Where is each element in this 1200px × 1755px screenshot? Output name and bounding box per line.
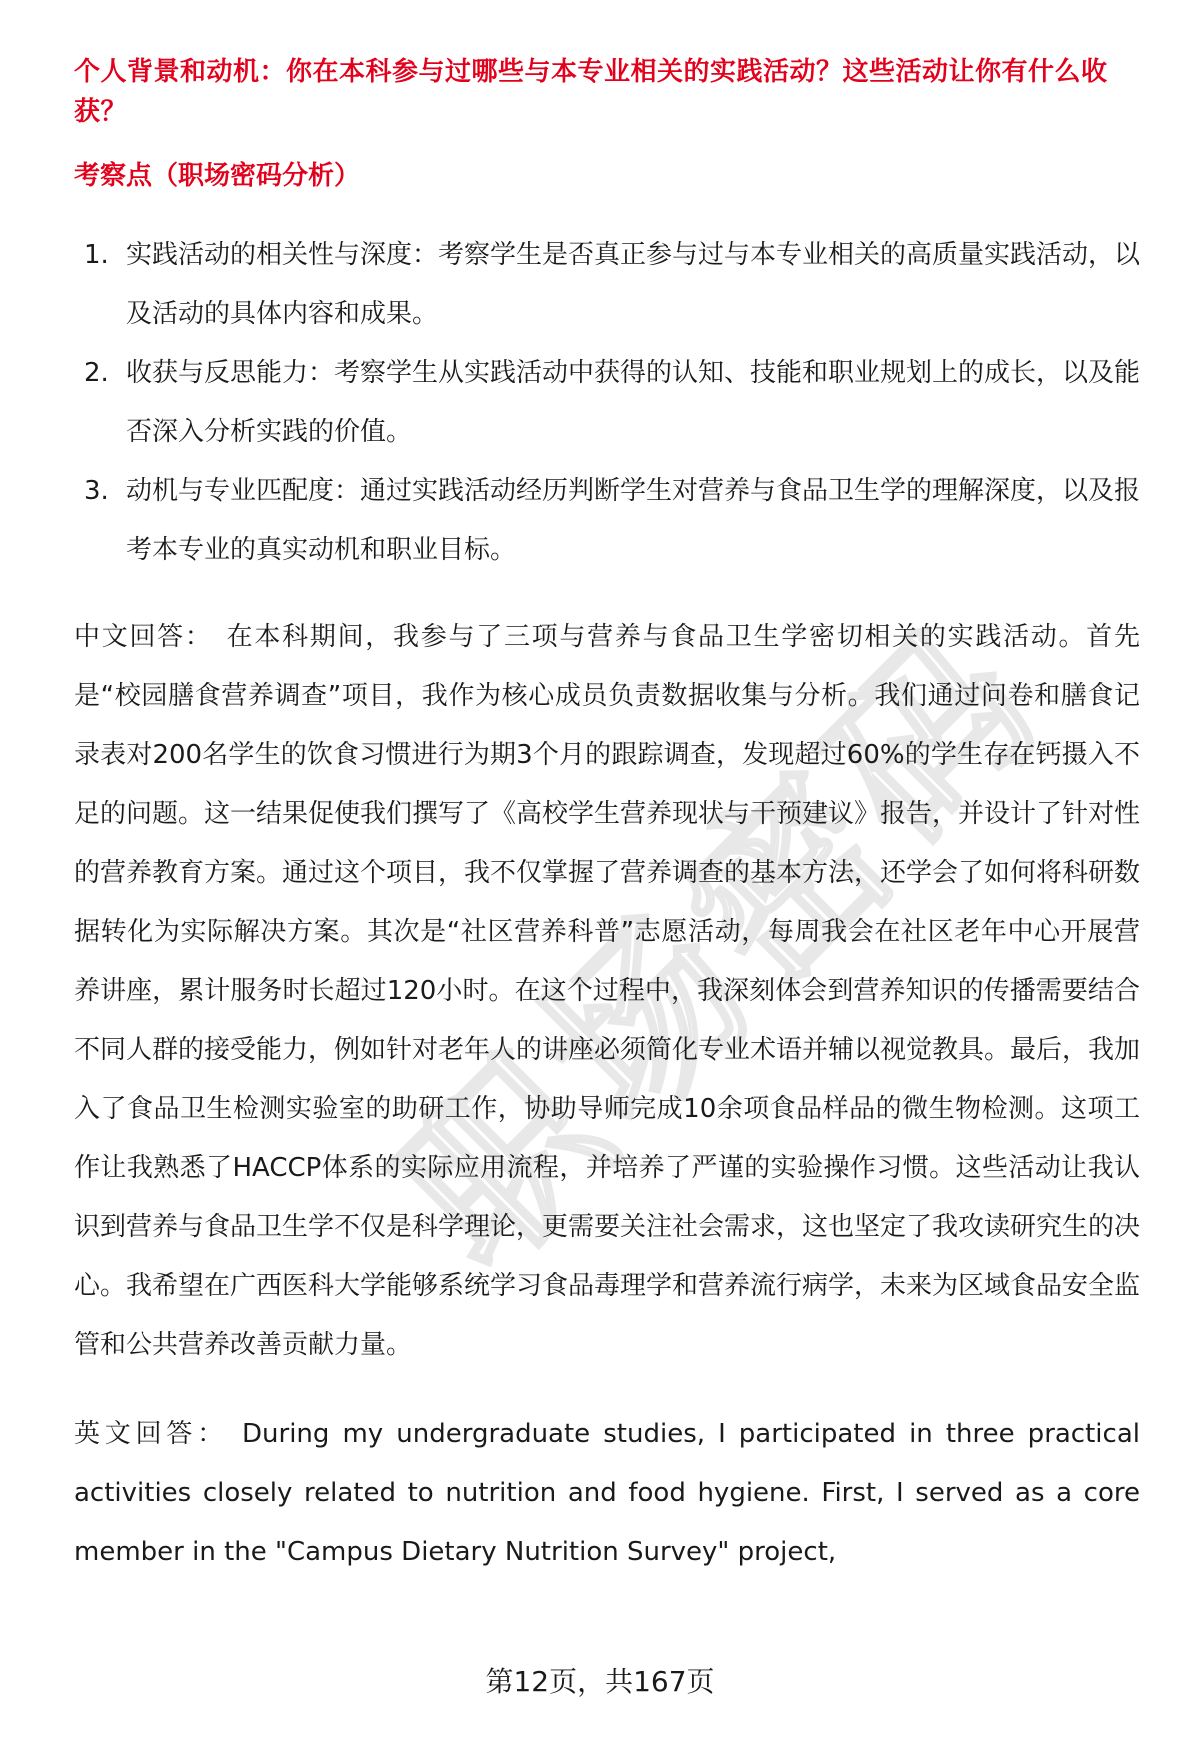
analysis-point: 3. 动机与专业匹配度：通过实践活动经历判断学生对营养与食品卫生学的理解深度，以… <box>74 462 1140 580</box>
english-answer-label: 英文回答： <box>74 1419 228 1449</box>
analysis-heading: 考察点（职场密码分析） <box>74 156 1140 196</box>
point-text: 动机与专业匹配度：通过实践活动经历判断学生对营养与食品卫生学的理解深度，以及报考… <box>126 462 1140 580</box>
english-answer-text: During my undergraduate studies, I parti… <box>74 1419 1140 1567</box>
point-number: 2. <box>74 344 126 462</box>
point-text: 收获与反思能力：考察学生从实践活动中获得的认知、技能和职业规划上的成长，以及能否… <box>126 344 1140 462</box>
analysis-point: 1. 实践活动的相关性与深度：考察学生是否真正参与过与本专业相关的高质量实践活动… <box>74 226 1140 344</box>
point-number: 3. <box>74 462 126 580</box>
page-indicator: 第12页，共167页 <box>0 1662 1200 1702</box>
document-page: 个人背景和动机：你在本科参与过哪些与本专业相关的实践活动？这些活动让你有什么收获… <box>0 0 1200 1582</box>
analysis-points-list: 1. 实践活动的相关性与深度：考察学生是否真正参与过与本专业相关的高质量实践活动… <box>74 226 1140 580</box>
chinese-answer-label: 中文回答： <box>74 622 213 652</box>
chinese-answer: 中文回答：在本科期间，我参与了三项与营养与食品卫生学密切相关的实践活动。首先是“… <box>74 608 1140 1375</box>
point-text: 实践活动的相关性与深度：考察学生是否真正参与过与本专业相关的高质量实践活动，以及… <box>126 226 1140 344</box>
point-number: 1. <box>74 226 126 344</box>
question-title: 个人背景和动机：你在本科参与过哪些与本专业相关的实践活动？这些活动让你有什么收获… <box>74 52 1140 132</box>
analysis-point: 2. 收获与反思能力：考察学生从实践活动中获得的认知、技能和职业规划上的成长，以… <box>74 344 1140 462</box>
chinese-answer-text: 在本科期间，我参与了三项与营养与食品卫生学密切相关的实践活动。首先是“校园膳食营… <box>74 622 1140 1360</box>
english-answer: 英文回答：During my undergraduate studies, I … <box>74 1405 1140 1582</box>
